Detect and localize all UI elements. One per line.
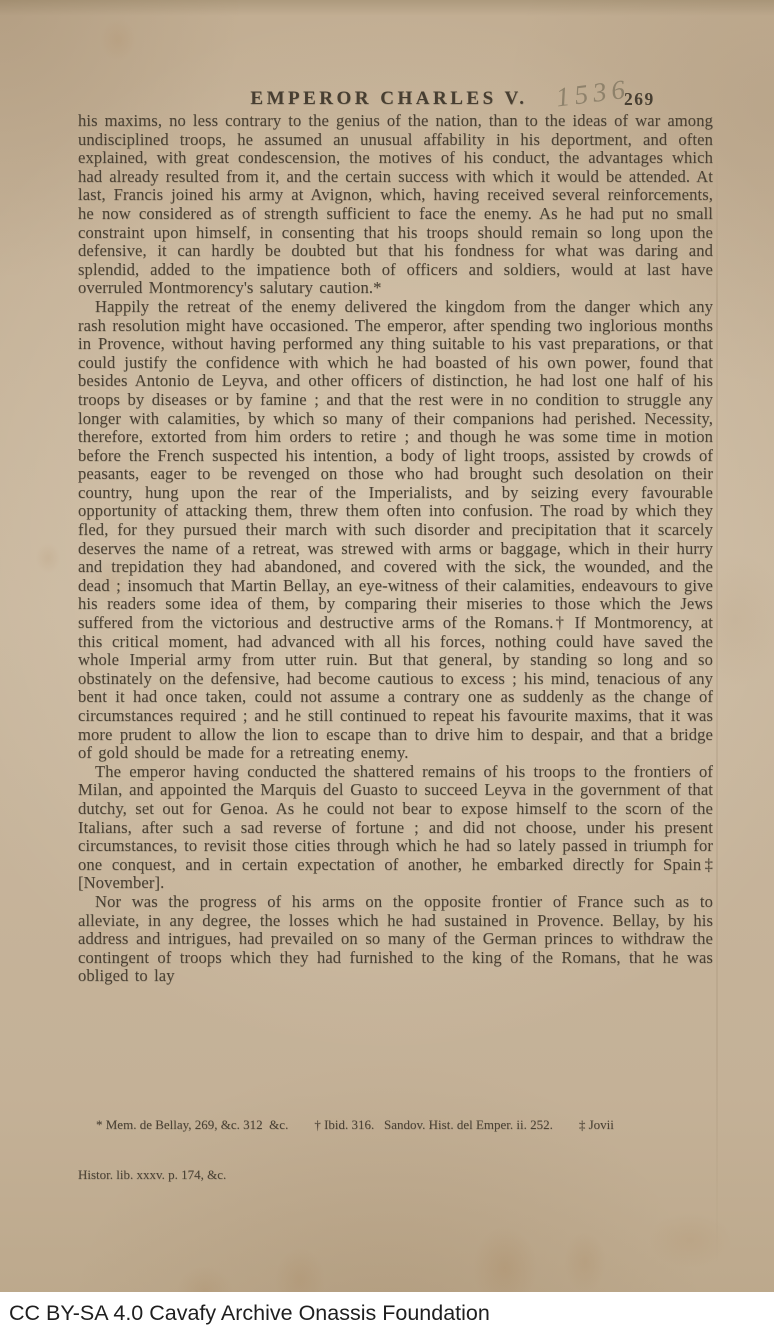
body-paragraph-3: The emperor having conducted the shatter… — [78, 763, 713, 893]
footnote-line-2: Histor. lib. xxxv. p. 174, &c. — [78, 1167, 726, 1184]
footnote: * Mem. de Bellay, 269, &c. 312 &c. † Ibi… — [78, 1084, 726, 1200]
license-text: CC BY-SA 4.0 Cavafy Archive Onassis Foun… — [9, 1301, 490, 1326]
license-bar: CC BY-SA 4.0 Cavafy Archive Onassis Foun… — [0, 1292, 774, 1334]
page-body: his maxims, no less contrary to the geni… — [78, 112, 713, 986]
body-paragraph-2: Happily the retreat of the enemy deliver… — [78, 298, 713, 763]
body-paragraph-1: his maxims, no less contrary to the geni… — [78, 112, 713, 298]
footnote-line-1: * Mem. de Bellay, 269, &c. 312 &c. † Ibi… — [78, 1117, 726, 1134]
body-paragraph-4: Nor was the progress of his arms on the … — [78, 893, 713, 986]
page-number: 269 — [624, 89, 655, 110]
